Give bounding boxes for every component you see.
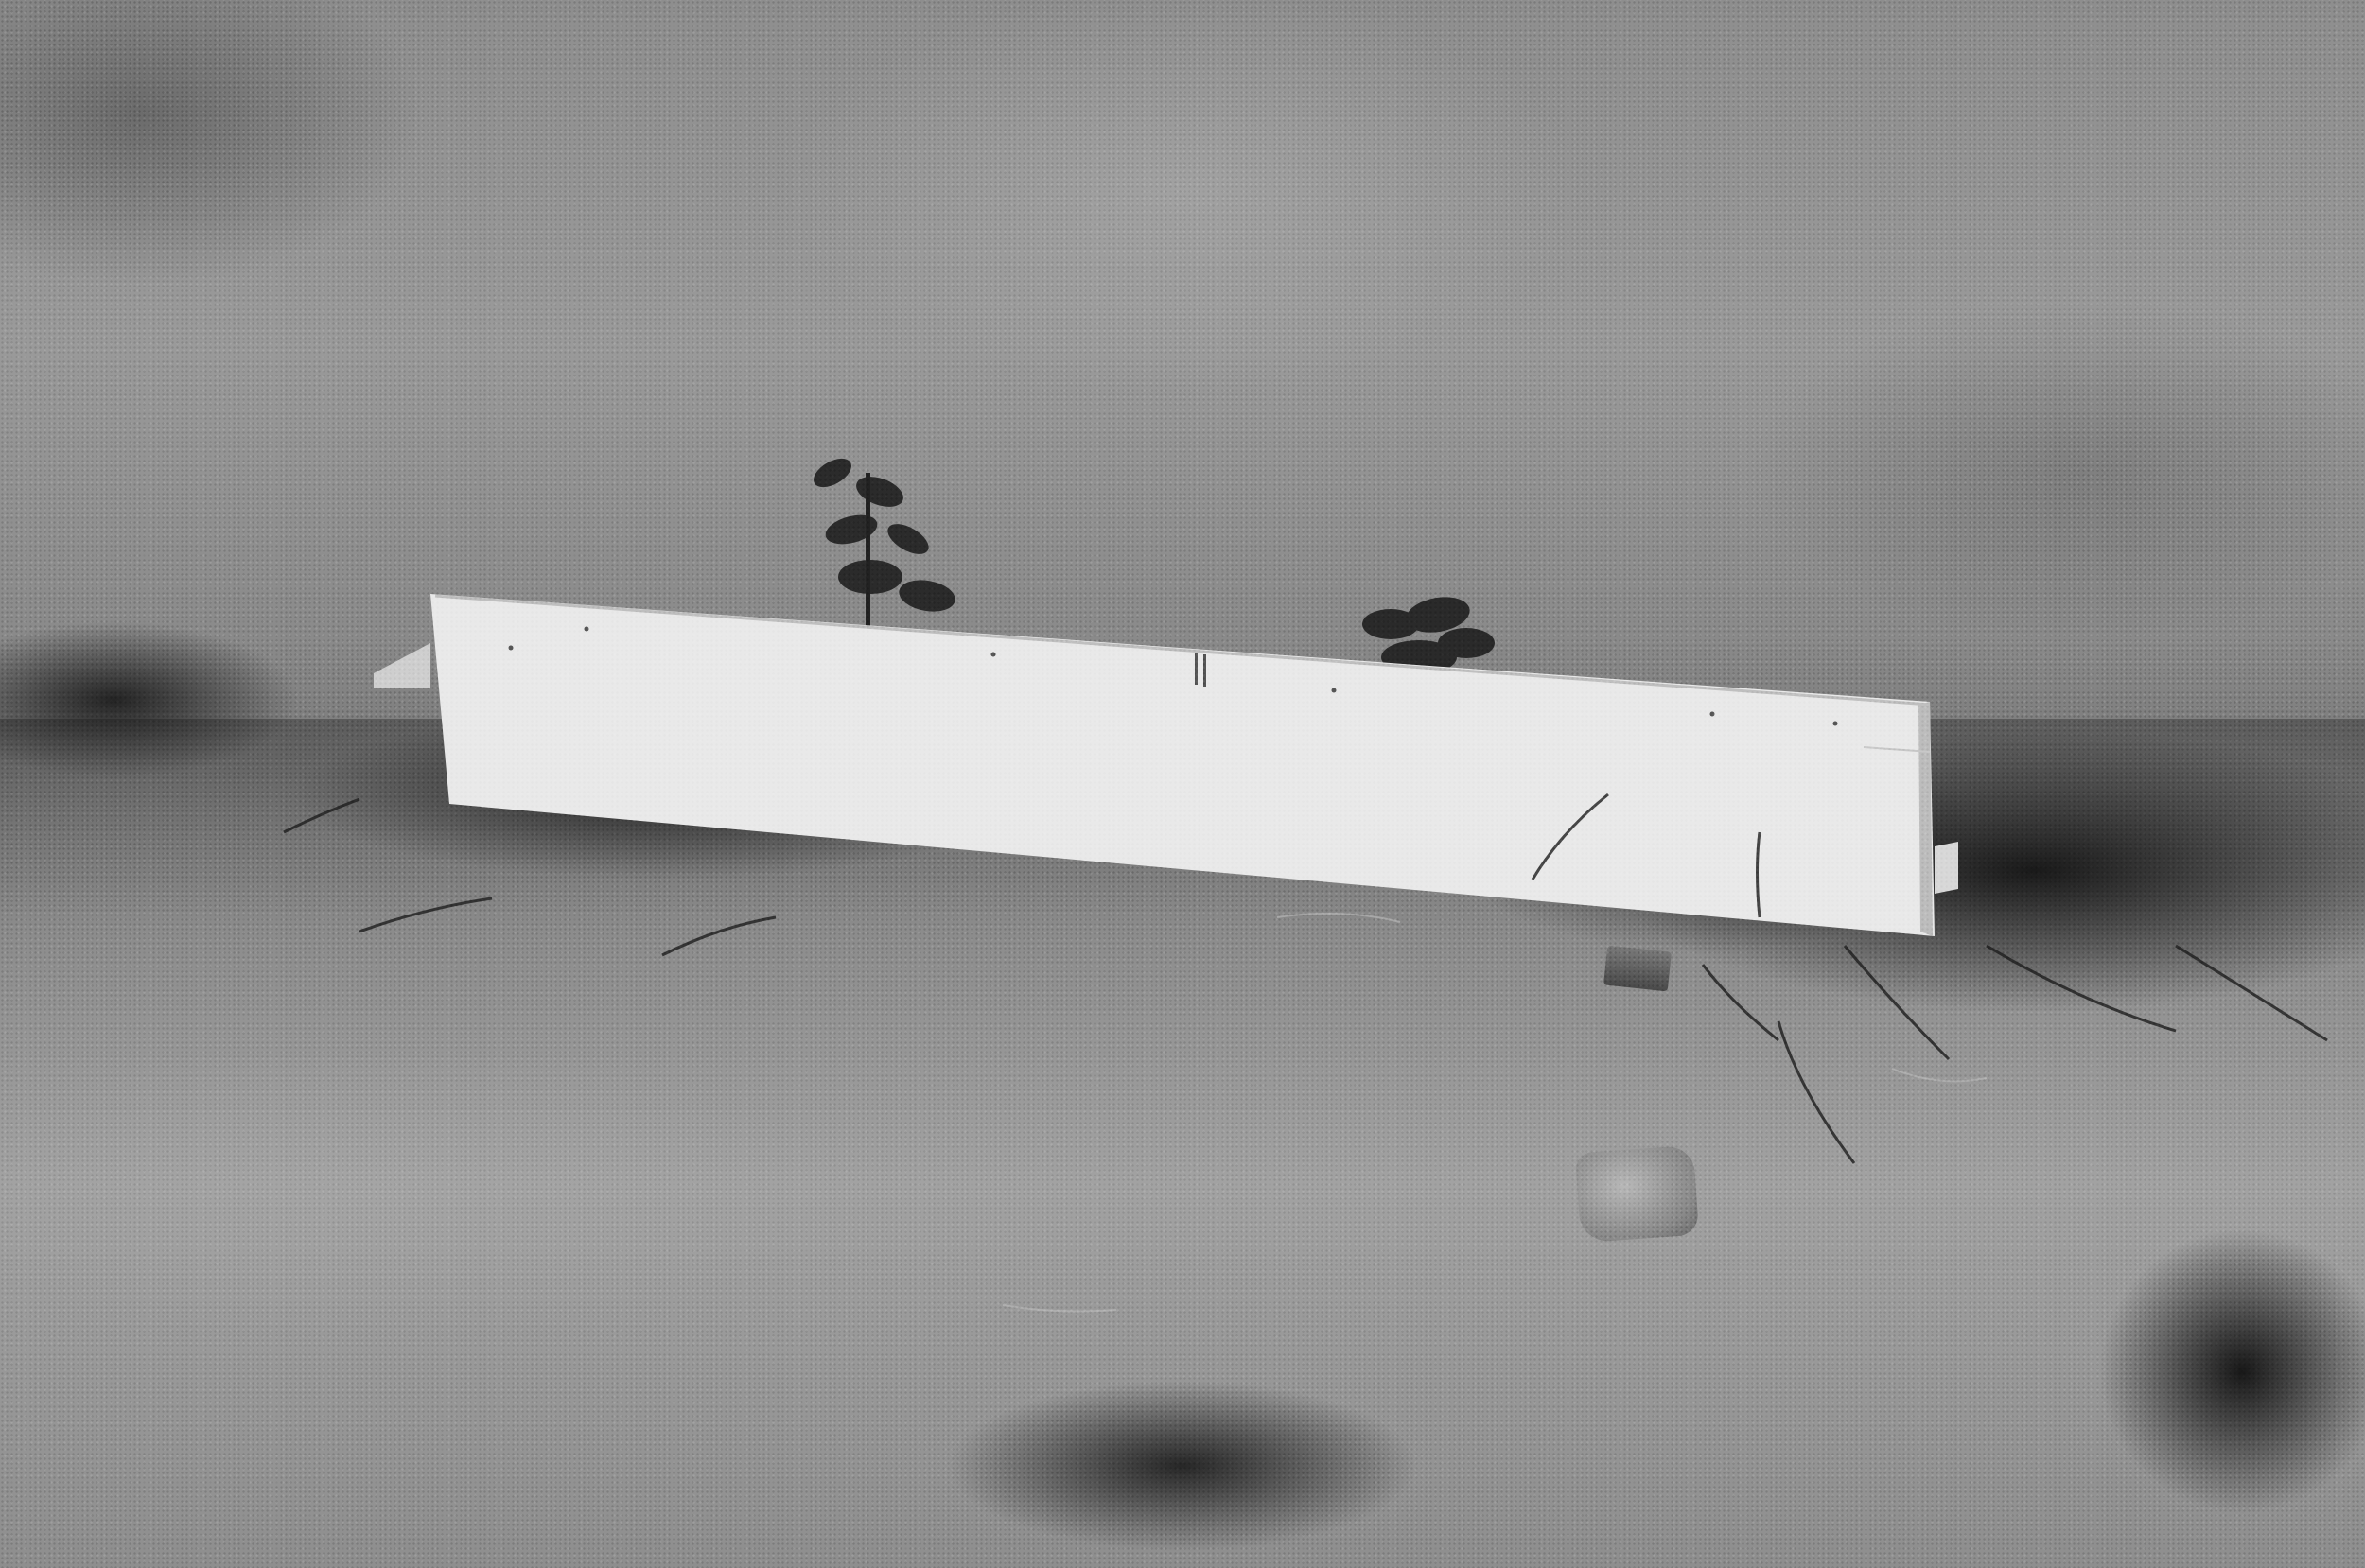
photograph: A white rectangular board leaning agains… [0, 0, 2365, 1568]
grass-strands [0, 0, 2365, 1568]
